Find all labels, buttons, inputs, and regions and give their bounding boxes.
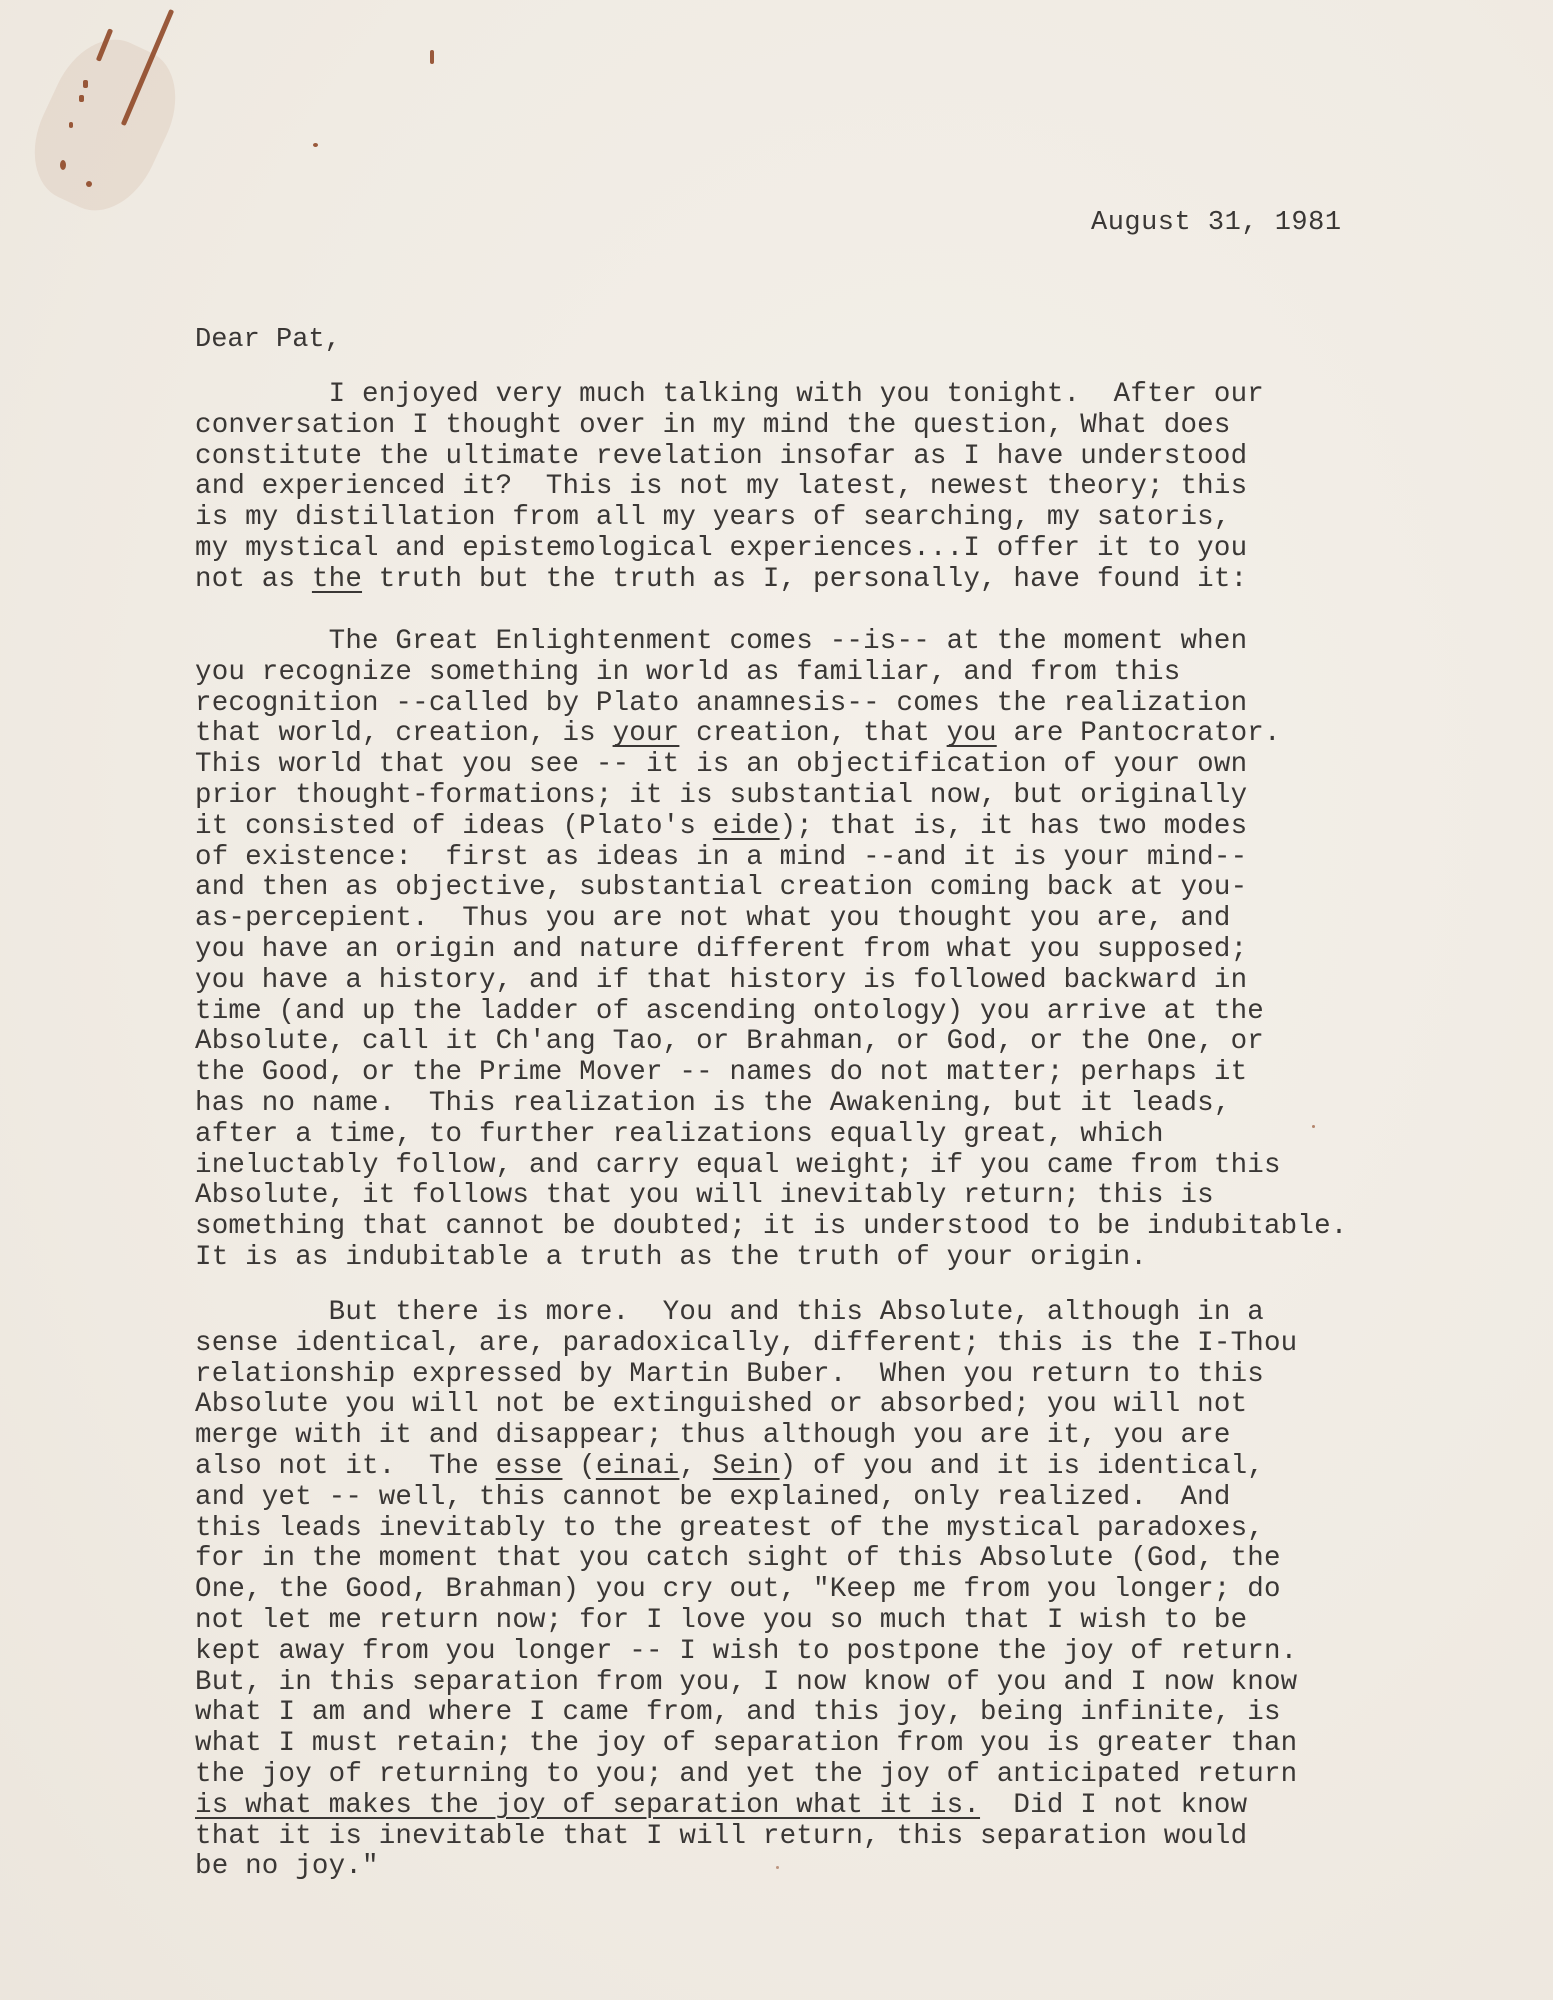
text-segment: But there is more. You and this Absolute… [195, 1297, 1264, 1328]
text-line: Absolute, it follows that you will inevi… [195, 1181, 1348, 1212]
text-segment: and experienced it? This is not my lates… [195, 471, 1247, 502]
text-segment: conversation I thought over in my mind t… [195, 410, 1231, 441]
text-segment: you have an origin and nature different … [195, 934, 1247, 965]
text-line: I enjoyed very much talking with you ton… [195, 380, 1264, 411]
text-segment: kept away from you longer -- I wish to p… [195, 1636, 1297, 1667]
text-line: you recognize something in world as fami… [195, 658, 1348, 689]
stain-mark [430, 50, 434, 64]
text-segment: after a time, to further realizations eq… [195, 1119, 1164, 1150]
text-line: But, in this separation from you, I now … [195, 1668, 1297, 1699]
text-line: recognition --called by Plato anamnesis-… [195, 689, 1348, 720]
text-segment: not let me return now; for I love you so… [195, 1605, 1247, 1636]
text-line: it consisted of ideas (Plato's eide); th… [195, 812, 1348, 843]
text-segment: But, in this separation from you, I now … [195, 1667, 1297, 1698]
text-line: is what makes the joy of separation what… [195, 1791, 1297, 1822]
underlined-text: esse [496, 1451, 563, 1482]
text-line: relationship expressed by Martin Buber. … [195, 1360, 1297, 1391]
text-line: that it is inevitable that I will return… [195, 1822, 1297, 1853]
text-line: and yet -- well, this cannot be explaine… [195, 1483, 1297, 1514]
text-segment: it consisted of ideas (Plato's [195, 811, 713, 842]
text-segment: sense identical, are, paradoxically, dif… [195, 1328, 1297, 1359]
stain-mark [69, 122, 73, 128]
text-segment: of existence: first as ideas in a mind -… [195, 842, 1247, 873]
underlined-text: you [947, 718, 997, 749]
text-segment: be no joy." [195, 1851, 379, 1882]
text-segment: the joy of returning to you; and yet the… [195, 1759, 1297, 1790]
text-line: Absolute, call it Ch'ang Tao, or Brahman… [195, 1027, 1348, 1058]
text-line: that world, creation, is your creation, … [195, 719, 1348, 750]
text-line: time (and up the ladder of ascending ont… [195, 997, 1348, 1028]
text-segment: , [679, 1451, 712, 1482]
text-segment: has no name. This realization is the Awa… [195, 1088, 1231, 1119]
text-segment: this leads inevitably to the greatest of… [195, 1513, 1264, 1544]
text-segment: constitute the ultimate revelation insof… [195, 441, 1247, 472]
text-segment: I enjoyed very much talking with you ton… [195, 379, 1264, 410]
text-line: ineluctably follow, and carry equal weig… [195, 1151, 1348, 1182]
underlined-text: your [613, 718, 680, 749]
paragraph-2: The Great Enlightenment comes --is-- at … [195, 627, 1348, 1274]
paragraph-3: But there is more. You and this Absolute… [195, 1298, 1297, 1883]
text-line: conversation I thought over in my mind t… [195, 411, 1264, 442]
text-segment: is my distillation from all my years of … [195, 502, 1231, 533]
text-line: constitute the ultimate revelation insof… [195, 442, 1264, 473]
text-segment: what I must retain; the joy of separatio… [195, 1728, 1297, 1759]
text-line: you have a history, and if that history … [195, 966, 1348, 997]
text-line: and then as objective, substantial creat… [195, 873, 1348, 904]
text-line: Absolute you will not be extinguished or… [195, 1390, 1297, 1421]
text-line: my mystical and epistemological experien… [195, 534, 1264, 565]
text-line: after a time, to further realizations eq… [195, 1120, 1348, 1151]
text-segment: Absolute you will not be extinguished or… [195, 1389, 1247, 1420]
text-line: kept away from you longer -- I wish to p… [195, 1637, 1297, 1668]
text-line: also not it. The esse (einai, Sein) of y… [195, 1452, 1297, 1483]
stain-mark [60, 160, 66, 170]
text-line: and experienced it? This is not my lates… [195, 472, 1264, 503]
text-line: merge with it and disappear; thus althou… [195, 1421, 1297, 1452]
underlined-text: the [312, 564, 362, 595]
text-segment: and then as objective, substantial creat… [195, 872, 1247, 903]
text-line: not let me return now; for I love you so… [195, 1606, 1297, 1637]
text-line: the Good, or the Prime Mover -- names do… [195, 1058, 1348, 1089]
text-line: has no name. This realization is the Awa… [195, 1089, 1348, 1120]
text-line: prior thought-formations; it is substant… [195, 781, 1348, 812]
text-segment: something that cannot be doubted; it is … [195, 1211, 1348, 1242]
text-segment: prior thought-formations; it is substant… [195, 780, 1247, 811]
text-segment: that world, creation, is [195, 718, 613, 749]
text-line: This world that you see -- it is an obje… [195, 750, 1348, 781]
stain-mark [79, 95, 84, 102]
letter-salutation: Dear Pat, [195, 325, 341, 355]
text-line: the joy of returning to you; and yet the… [195, 1760, 1297, 1791]
text-segment: not as [195, 564, 312, 595]
text-segment: ( [562, 1451, 595, 1482]
text-segment: The Great Enlightenment comes --is-- at … [195, 626, 1247, 657]
letter-date: August 31, 1981 [1091, 208, 1342, 238]
text-segment: truth but the truth as I, personally, ha… [362, 564, 1247, 595]
text-segment: as-percepient. Thus you are not what you… [195, 903, 1231, 934]
text-segment: ); that is, it has two modes [780, 811, 1248, 842]
text-segment: recognition --called by Plato anamnesis-… [195, 688, 1247, 719]
text-line: is my distillation from all my years of … [195, 503, 1264, 534]
text-segment: for in the moment that you catch sight o… [195, 1543, 1281, 1574]
text-line: what I must retain; the joy of separatio… [195, 1729, 1297, 1760]
text-segment: what I am and where I came from, and thi… [195, 1697, 1281, 1728]
text-segment: relationship expressed by Martin Buber. … [195, 1359, 1264, 1390]
text-segment: that it is inevitable that I will return… [195, 1821, 1247, 1852]
text-segment: ) of you and it is identical, [780, 1451, 1264, 1482]
stain-mark [86, 181, 92, 187]
text-line: as-percepient. Thus you are not what you… [195, 904, 1348, 935]
stain-mark [83, 80, 88, 88]
text-line: One, the Good, Brahman) you cry out, "Ke… [195, 1575, 1297, 1606]
text-segment: Absolute, it follows that you will inevi… [195, 1180, 1214, 1211]
underlined-text: eide [713, 811, 780, 842]
text-line: something that cannot be doubted; it is … [195, 1212, 1348, 1243]
text-segment: also not it. The [195, 1451, 496, 1482]
text-line: The Great Enlightenment comes --is-- at … [195, 627, 1348, 658]
text-segment: are Pantocrator. [997, 718, 1281, 749]
text-line: this leads inevitably to the greatest of… [195, 1514, 1297, 1545]
text-segment: Absolute, call it Ch'ang Tao, or Brahman… [195, 1026, 1264, 1057]
text-segment: and yet -- well, this cannot be explaine… [195, 1482, 1231, 1513]
text-line: But there is more. You and this Absolute… [195, 1298, 1297, 1329]
text-line: sense identical, are, paradoxically, dif… [195, 1329, 1297, 1360]
text-segment: Did I not know [980, 1790, 1247, 1821]
underlined-text: is what makes the joy of separation what… [195, 1790, 980, 1821]
paragraph-1: I enjoyed very much talking with you ton… [195, 380, 1264, 596]
text-line: what I am and where I came from, and thi… [195, 1698, 1297, 1729]
text-line: you have an origin and nature different … [195, 935, 1348, 966]
text-segment: time (and up the ladder of ascending ont… [195, 996, 1264, 1027]
text-segment: merge with it and disappear; thus althou… [195, 1420, 1231, 1451]
text-segment: ineluctably follow, and carry equal weig… [195, 1150, 1281, 1181]
text-segment: you have a history, and if that history … [195, 965, 1247, 996]
text-segment: It is as indubitable a truth as the trut… [195, 1242, 1147, 1273]
text-line: It is as indubitable a truth as the trut… [195, 1243, 1348, 1274]
text-line: be no joy." [195, 1852, 1297, 1883]
text-line: not as the truth but the truth as I, per… [195, 565, 1264, 596]
text-line: for in the moment that you catch sight o… [195, 1544, 1297, 1575]
text-segment: you recognize something in world as fami… [195, 657, 1180, 688]
underlined-text: einai [596, 1451, 680, 1482]
text-segment: the Good, or the Prime Mover -- names do… [195, 1057, 1247, 1088]
text-segment: This world that you see -- it is an obje… [195, 749, 1247, 780]
text-segment: One, the Good, Brahman) you cry out, "Ke… [195, 1574, 1281, 1605]
underlined-text: Sein [713, 1451, 780, 1482]
stain-mark [313, 143, 318, 147]
text-segment: creation, that [679, 718, 946, 749]
text-segment: my mystical and epistemological experien… [195, 533, 1247, 564]
text-line: of existence: first as ideas in a mind -… [195, 843, 1348, 874]
